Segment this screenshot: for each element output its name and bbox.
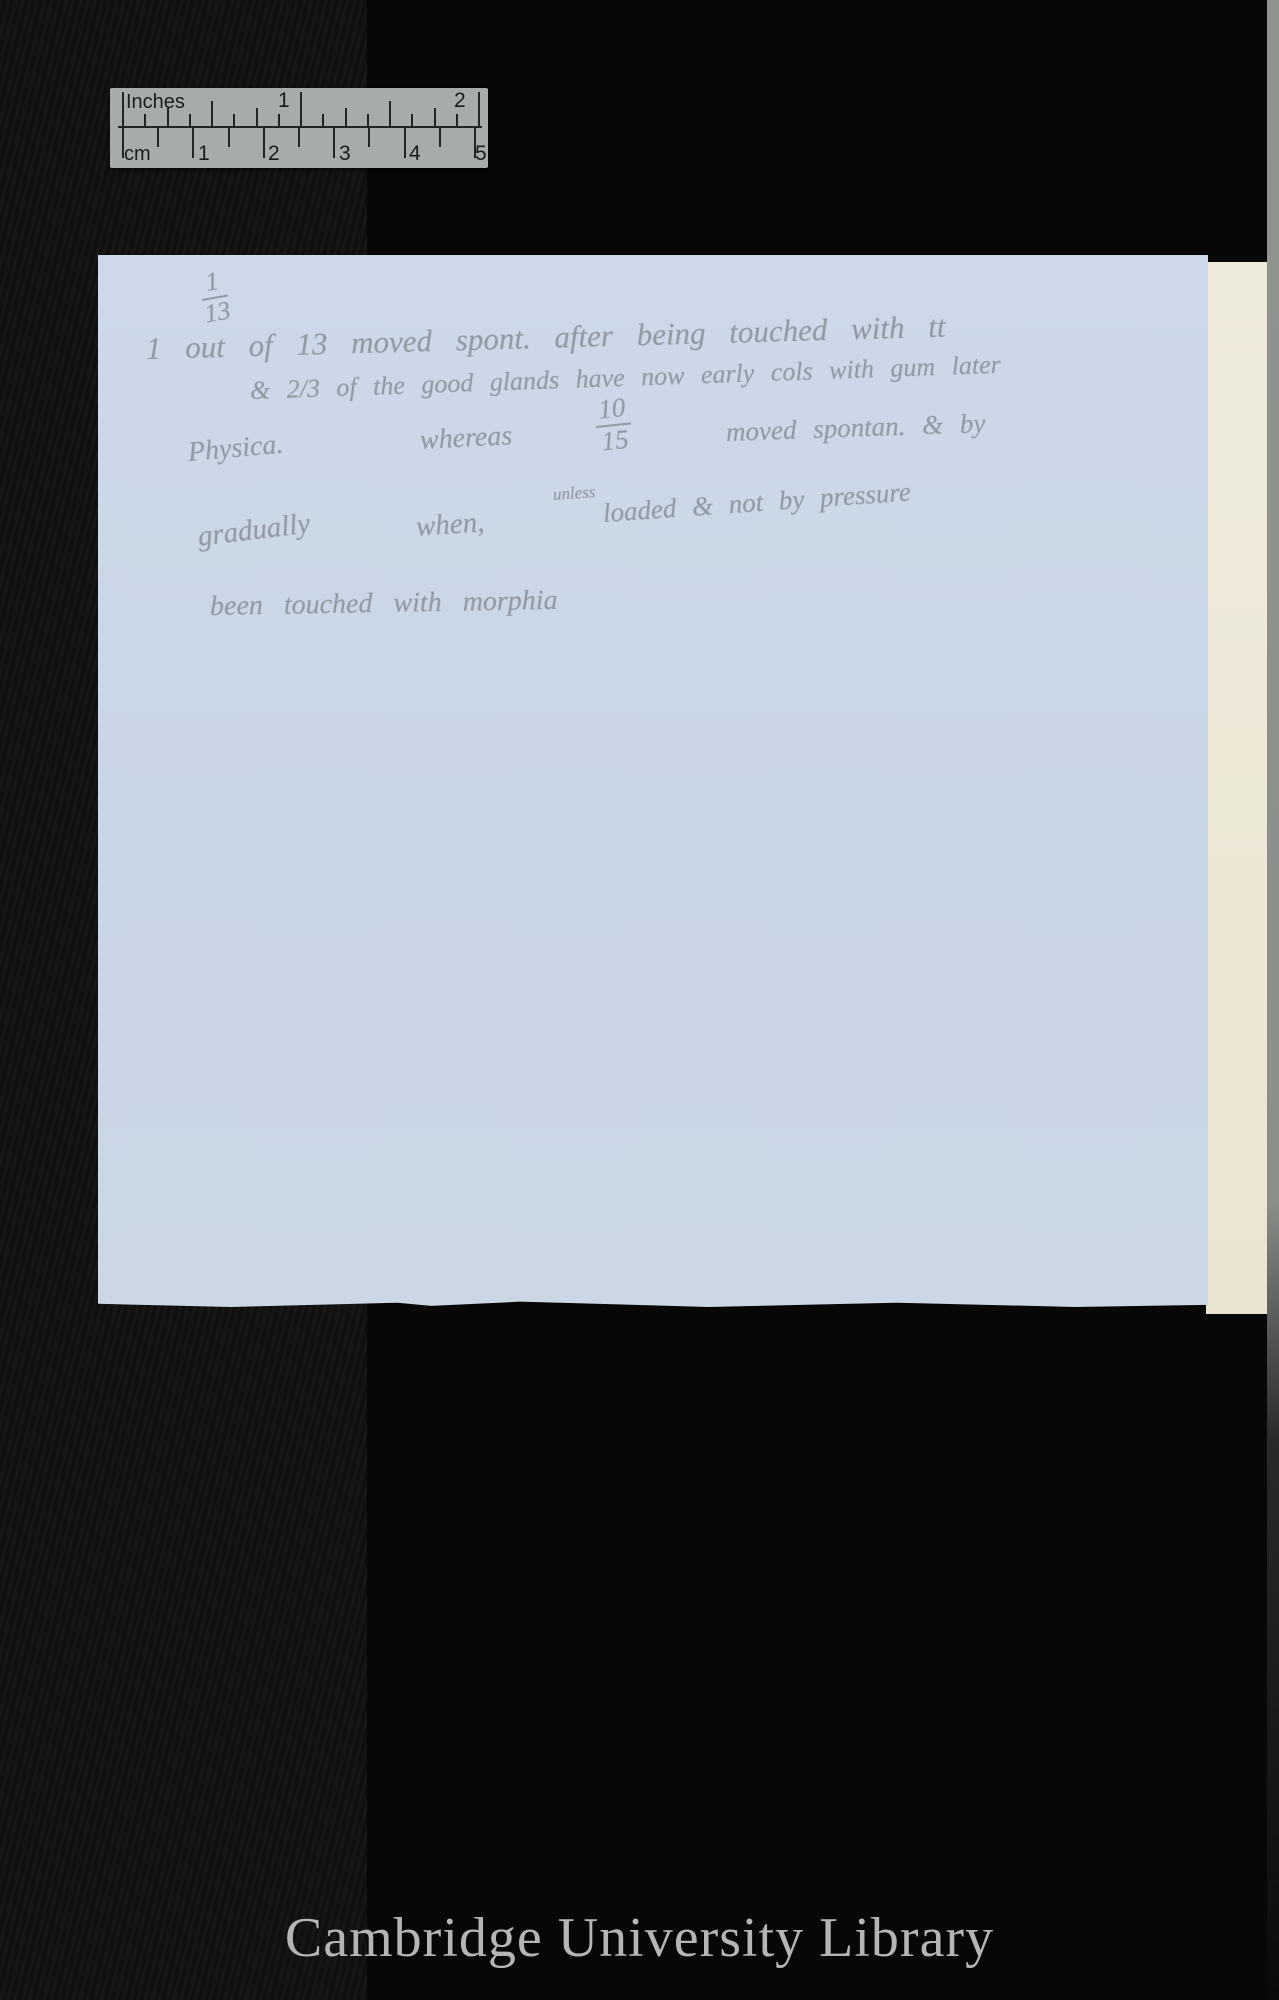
handwriting-line-4-word-2: when, xyxy=(415,506,486,544)
ruler-cm-label: cm xyxy=(124,143,151,166)
ruler-cm-number-1: 1 xyxy=(198,142,210,166)
ruler-centerline xyxy=(118,126,482,128)
book-fore-edge xyxy=(1267,0,1279,2000)
ruler-inch-number-2: 2 xyxy=(454,89,466,113)
handwriting-line-5: been touched with morphia xyxy=(210,585,558,623)
handwriting-line-4-word-1: gradually xyxy=(196,507,312,553)
fraction-denominator: 15 xyxy=(596,424,634,456)
handwriting-line-3-word-2: whereas xyxy=(419,420,513,457)
handwriting-line-3-rest: moved spontan. & by xyxy=(725,408,985,448)
manuscript-page: 1 13 1 out of 13 moved spont. after bein… xyxy=(98,255,1208,1308)
ruler-cm-number-5: 5 xyxy=(475,142,487,166)
ruler-inches-label: Inches xyxy=(126,91,185,114)
underlying-page-edge xyxy=(1206,262,1267,1314)
handwritten-corner-fraction: 1 13 xyxy=(197,267,233,328)
photographed-manuscript-scan: Inches 1 2 cm 1 2 3 4 5 1 13 1 out of 13… xyxy=(0,0,1279,2000)
fraction-numerator: 10 xyxy=(593,394,631,428)
fraction-denominator: 13 xyxy=(202,296,232,328)
ruler-cm-number-4: 4 xyxy=(409,142,421,166)
library-caption: Cambridge University Library xyxy=(0,1906,1279,1970)
handwriting-line-3-word-1: Physica. xyxy=(187,429,285,469)
ruler-cm-number-2: 2 xyxy=(268,142,280,166)
handwritten-fraction-10-15: 10 15 xyxy=(593,394,634,456)
ruler-inch-number-1: 1 xyxy=(278,89,290,113)
measurement-ruler: Inches 1 2 cm 1 2 3 4 5 xyxy=(110,88,488,168)
handwriting-line-4-rest: loaded & not by pressure xyxy=(602,477,912,529)
ruler-cm-number-3: 3 xyxy=(339,142,351,166)
handwriting-line-4-interlinear-insert: unless xyxy=(552,482,596,505)
